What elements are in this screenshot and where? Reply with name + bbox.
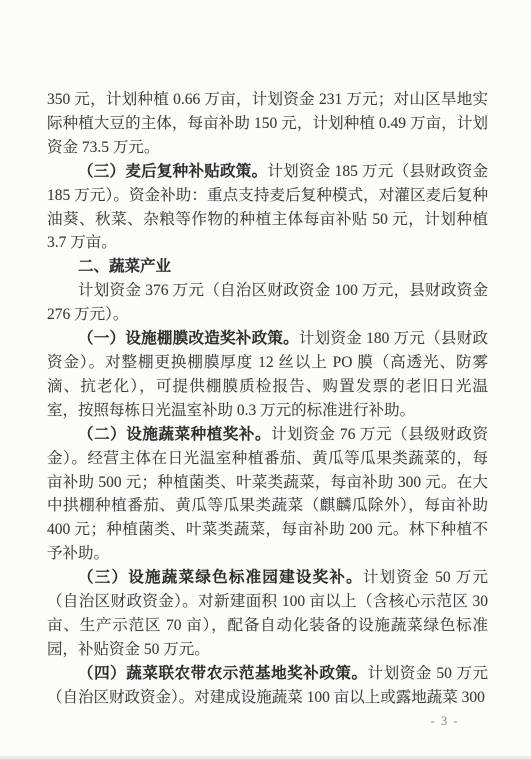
paragraph-text-vegetable-planting: 计划资金 76 万元（县级财政资金）。经营主体在日光温室种植番茄、黄瓜等瓜果类蔬… xyxy=(47,426,488,563)
paragraph-demo-base-policy: （四）蔬菜联农带农示范基地奖补政策。计划资金 50 万元（自治区财政资金）。对建… xyxy=(47,662,488,710)
paragraph-lead-wheat-replant: （三）麦后复种补贴政策。 xyxy=(78,163,267,180)
paragraph-greenhouse-film-policy: （一）设施棚膜改造奖补政策。计划资金 180 万元（县财政资金）。对整棚更换棚膜… xyxy=(47,327,488,423)
paragraph-wheat-replant-policy: （三）麦后复种补贴政策。计划资金 185 万元（县财政资金 185 万元）。资金… xyxy=(47,160,488,256)
paragraph-lead-greenhouse-film: （一）设施棚膜改造奖补政策。 xyxy=(78,330,299,347)
paragraph-lead-green-standard-park: （三）设施蔬菜绿色标准园建设奖补。 xyxy=(78,569,363,586)
paragraph-vegetable-planting-subsidy: （二）设施蔬菜种植奖补。计划资金 76 万元（县级财政资金）。经营主体在日光温室… xyxy=(47,423,488,566)
document-page: 350 元，计划种植 0.66 万亩，计划资金 231 万元；对山区旱地实际种植… xyxy=(0,0,531,759)
paragraph-lead-vegetable-planting: （二）设施蔬菜种植奖补。 xyxy=(78,426,271,443)
paragraph-vegetable-fund-total: 计划资金 376 万元（自治区财政资金 100 万元，县财政资金 276 万元）… xyxy=(47,279,488,327)
paragraph-green-standard-park: （三）设施蔬菜绿色标准园建设奖补。计划资金 50 万元（自治区财政资金）。对新建… xyxy=(47,566,488,662)
paragraph-lead-demo-base: （四）蔬菜联农带农示范基地奖补政策。 xyxy=(78,665,368,682)
document-body: 350 元，计划种植 0.66 万亩，计划资金 231 万元；对山区旱地实际种植… xyxy=(47,88,488,710)
paragraph-soybean-subsidy-continued: 350 元，计划种植 0.66 万亩，计划资金 231 万元；对山区旱地实际种植… xyxy=(47,88,488,160)
page-number: - 3 - xyxy=(431,714,459,729)
section-heading-vegetable-industry: 二、蔬菜产业 xyxy=(47,255,488,279)
